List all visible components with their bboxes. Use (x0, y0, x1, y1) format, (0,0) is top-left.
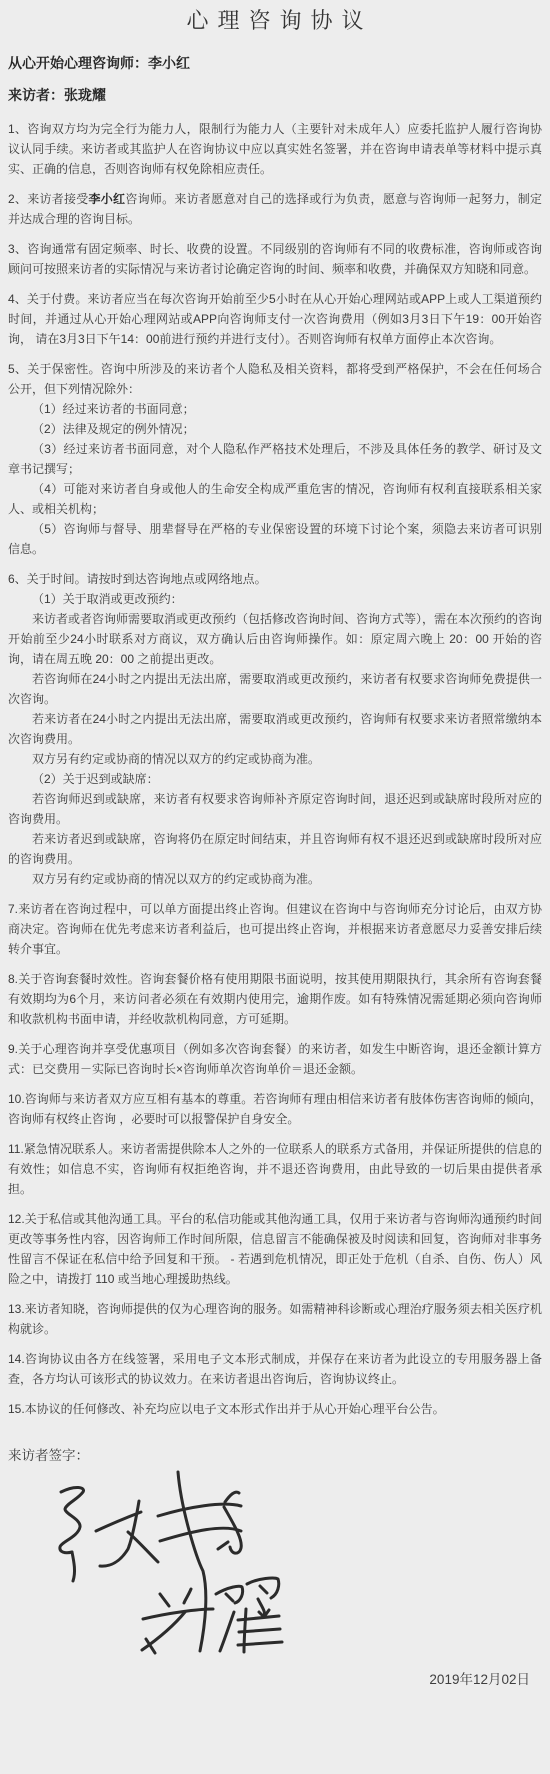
clause-5-item-1: （1）经过来访者的书面同意； (8, 399, 542, 419)
clause-15: 15.本协议的任何修改、补充均应以电子文本形式作出并于从心开始心理平台公告。 (8, 1399, 542, 1419)
visitor-line: 来访者：张珑耀 (8, 87, 542, 103)
clause-9: 9.关于心理咨询并享受优惠项目（例如多次咨询套餐）的来访者，如发生中断咨询，退还… (8, 1039, 542, 1079)
clause-1: 1、咨询双方均为完全行为能力人，限制行为能力人（主要针对未成年人）应委托监护人履… (8, 119, 542, 179)
clause-13-text: 13.来访者知晓，咨询师提供的仅为心理咨询的服务。如需精神科诊断或心理治疗服务须… (8, 1299, 542, 1339)
counseling-agreement-document: 心理咨询协议 从心开始心理咨询师：李小红 来访者：张珑耀 1、咨询双方均为完全行… (0, 0, 550, 1774)
signature-date: 2019年12月02日 (8, 1671, 542, 1689)
clause-5-item-2: （2）法律及规定的例外情况； (8, 419, 542, 439)
clause-1-text: 1、咨询双方均为完全行为能力人，限制行为能力人（主要针对未成年人）应委托监护人履… (8, 119, 542, 179)
counselor-line: 从心开始心理咨询师：李小红 (8, 55, 542, 71)
clause-4-text: 4、关于付费。来访者应当在每次咨询开始前至少5小时在从心开始心理网站或APP上或… (8, 289, 542, 349)
clause-14-text: 14.咨询协议由各方在线签署，采用电子文本形式制成，并保存在来访者为此设立的专用… (8, 1349, 542, 1389)
clause-3: 3、咨询通常有固定频率、时长、收费的设置。不同级别的咨询师有不同的收费标准，咨询… (8, 239, 542, 279)
clause-6-sub1-title: （1）关于取消或更改预约： (8, 589, 542, 609)
clause-6-sub2-title: （2）关于迟到或缺席： (8, 769, 542, 789)
clause-5-item-5: （5）咨询师与督导、朋辈督导在严格的专业保密设置的环境下讨论个案，须隐去来访者可… (8, 519, 542, 559)
clause-9-text: 9.关于心理咨询并享受优惠项目（例如多次咨询套餐）的来访者，如发生中断咨询，退还… (8, 1039, 542, 1079)
clause-7-text: 7.来访者在咨询过程中，可以单方面提出终止咨询。但建议在咨询中与咨询师充分讨论后… (8, 899, 542, 959)
clause-12-text: 12.关于私信或其他沟通工具。平台的私信功能或其他沟通工具，仅用于来访者与咨询师… (8, 1209, 542, 1289)
clause-6-sub1-para-2: 若咨询师在24小时之内提出无法出席，需要取消或更改预约，来访者有权要求咨询师免费… (8, 669, 542, 709)
clause-3-text: 3、咨询通常有固定频率、时长、收费的设置。不同级别的咨询师有不同的收费标准，咨询… (8, 239, 542, 279)
clause-11: 11.紧急情况联系人。来访者需提供除本人之外的一位联系人的联系方式备用，并保证所… (8, 1139, 542, 1199)
clause-13: 13.来访者知晓，咨询师提供的仅为心理咨询的服务。如需精神科诊断或心理治疗服务须… (8, 1299, 542, 1339)
clause-10: 10.咨询师与来访者双方应互相有基本的尊重。若咨询师有理由相信来访者有肢体伤害咨… (8, 1089, 542, 1129)
clause-5: 5、关于保密性。咨询中所涉及的来访者个人隐私及相关资料，都将受到严格保护，不会在… (8, 359, 542, 559)
clause-6-intro: 6、关于时间。请按时到达咨询地点或网络地点。 (8, 569, 542, 589)
clause-6-sub2-para-3: 双方另有约定或协商的情况以双方的约定或协商为准。 (8, 869, 542, 889)
clause-list: 1、咨询双方均为完全行为能力人，限制行为能力人（主要针对未成年人）应委托监护人履… (8, 119, 542, 1419)
clause-6-sub2-para-2: 若来访者迟到或缺席，咨询将仍在原定时间结束，并且咨询师有权不退还迟到或缺席时段所… (8, 829, 542, 869)
clause-14: 14.咨询协议由各方在线签署，采用电子文本形式制成，并保存在来访者为此设立的专用… (8, 1349, 542, 1389)
clause-2-counselor-name: 李小红 (89, 192, 126, 206)
counselor-label: 从心开始心理咨询师： (8, 55, 148, 71)
clause-5-item-3: （3）经过来访者书面同意，对个人隐私作严格技术处理后，不涉及具体任务的教学、研讨… (8, 439, 542, 479)
clause-6-sub2-para-1: 若咨询师迟到或缺席，来访者有权要求咨询师补齐原定咨询时间，退还迟到或缺席时段所对… (8, 789, 542, 829)
clause-4: 4、关于付费。来访者应当在每次咨询开始前至少5小时在从心开始心理网站或APP上或… (8, 289, 542, 349)
visitor-signature-image (28, 1469, 308, 1669)
clause-5-item-4: （4）可能对来访者自身或他人的生命安全构成严重危害的情况，咨询师有权利直接联系相… (8, 479, 542, 519)
clause-8: 8.关于咨询套餐时效性。咨询套餐价格有使用期限书面说明，按其使用期限执行，其余所… (8, 969, 542, 1029)
visitor-label: 来访者： (8, 87, 64, 103)
clause-7: 7.来访者在咨询过程中，可以单方面提出终止咨询。但建议在咨询中与咨询师充分讨论后… (8, 899, 542, 959)
clause-6: 6、关于时间。请按时到达咨询地点或网络地点。 （1）关于取消或更改预约： 来访者… (8, 569, 542, 889)
clause-11-text: 11.紧急情况联系人。来访者需提供除本人之外的一位联系人的联系方式备用，并保证所… (8, 1139, 542, 1199)
page-title: 心理咨询协议 (8, 6, 542, 36)
clause-12: 12.关于私信或其他沟通工具。平台的私信功能或其他沟通工具，仅用于来访者与咨询师… (8, 1209, 542, 1289)
clause-10-text: 10.咨询师与来访者双方应互相有基本的尊重。若咨询师有理由相信来访者有肢体伤害咨… (8, 1089, 542, 1129)
clause-5-intro: 5、关于保密性。咨询中所涉及的来访者个人隐私及相关资料，都将受到严格保护，不会在… (8, 359, 542, 399)
clause-15-text: 15.本协议的任何修改、补充均应以电子文本形式作出并于从心开始心理平台公告。 (8, 1399, 542, 1419)
visitor-name: 张珑耀 (64, 87, 106, 103)
clause-2-text: 2、来访者接受李小红咨询师。来访者愿意对自己的选择或行为负责，愿意与咨询师一起努… (8, 189, 542, 229)
clause-6-sub1-para-1: 来访者或者咨询师需要取消或更改预约（包括修改咨询时间、咨询方式等），需在本次预约… (8, 609, 542, 669)
clause-6-sub1-para-4: 双方另有约定或协商的情况以双方的约定或协商为准。 (8, 749, 542, 769)
clause-2: 2、来访者接受李小红咨询师。来访者愿意对自己的选择或行为负责，愿意与咨询师一起努… (8, 189, 542, 229)
clause-6-sub1-para-3: 若来访者在24小时之内提出无法出席，需要取消或更改预约，咨询师有权要求来访者照常… (8, 709, 542, 749)
counselor-name: 李小红 (148, 55, 190, 71)
visitor-signature-label: 来访者签字： (8, 1447, 542, 1465)
clause-2-prefix: 2、来访者接受 (8, 192, 89, 206)
clause-8-text: 8.关于咨询套餐时效性。咨询套餐价格有使用期限书面说明，按其使用期限执行，其余所… (8, 969, 542, 1029)
